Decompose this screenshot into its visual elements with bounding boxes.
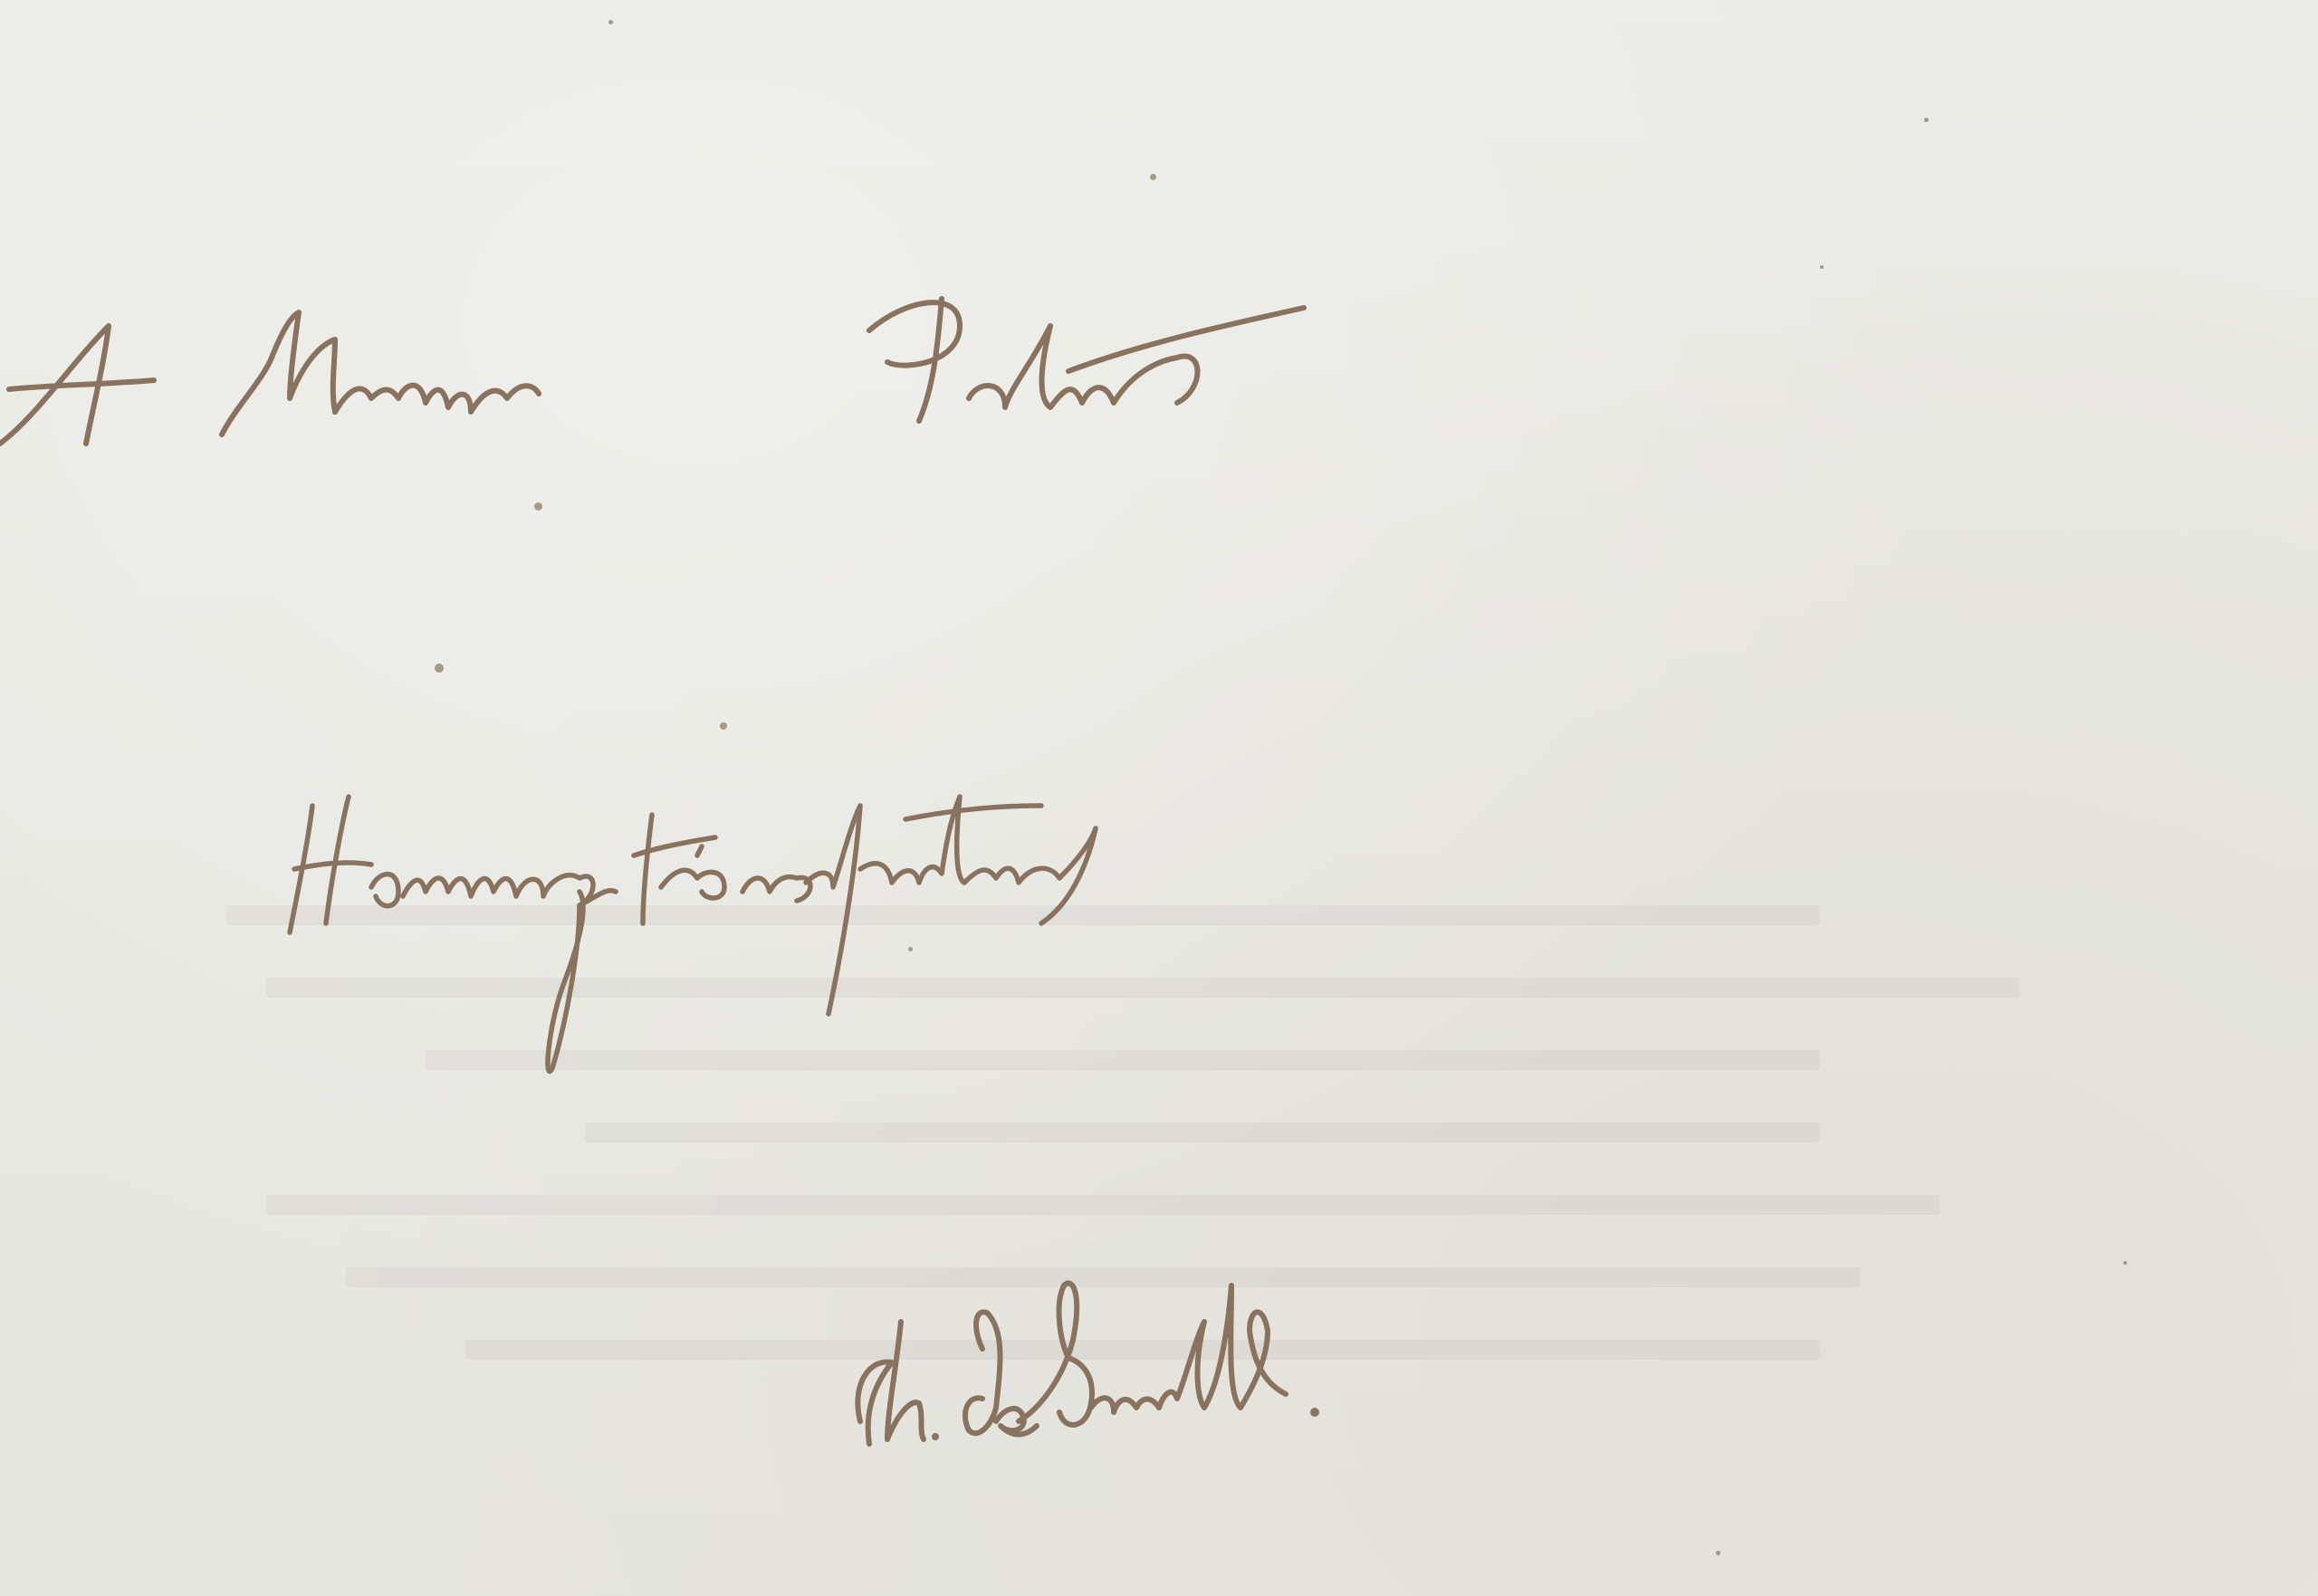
- dedication-line: Hommage très respectueux: [290, 779, 1920, 936]
- document-page: A Monsieur Patin Hommage très respectueu…: [0, 0, 2318, 1596]
- paper-speck: [534, 502, 542, 511]
- paper-speck: [908, 947, 913, 951]
- paper-speck: [1820, 265, 1824, 269]
- paper-speck: [608, 20, 613, 24]
- paper-speck: [1716, 1551, 1720, 1555]
- printed-show-through: [226, 905, 2218, 1593]
- paper-speck: [720, 722, 727, 730]
- paper-speck: [435, 664, 444, 673]
- paper-speck: [1150, 174, 1156, 180]
- signature-line: Th. de Banville.: [842, 1267, 1929, 1425]
- recipient-line: A Monsieur Patin: [9, 299, 1322, 456]
- paper-speck: [1924, 118, 1929, 122]
- paper-speck: [2123, 1261, 2127, 1265]
